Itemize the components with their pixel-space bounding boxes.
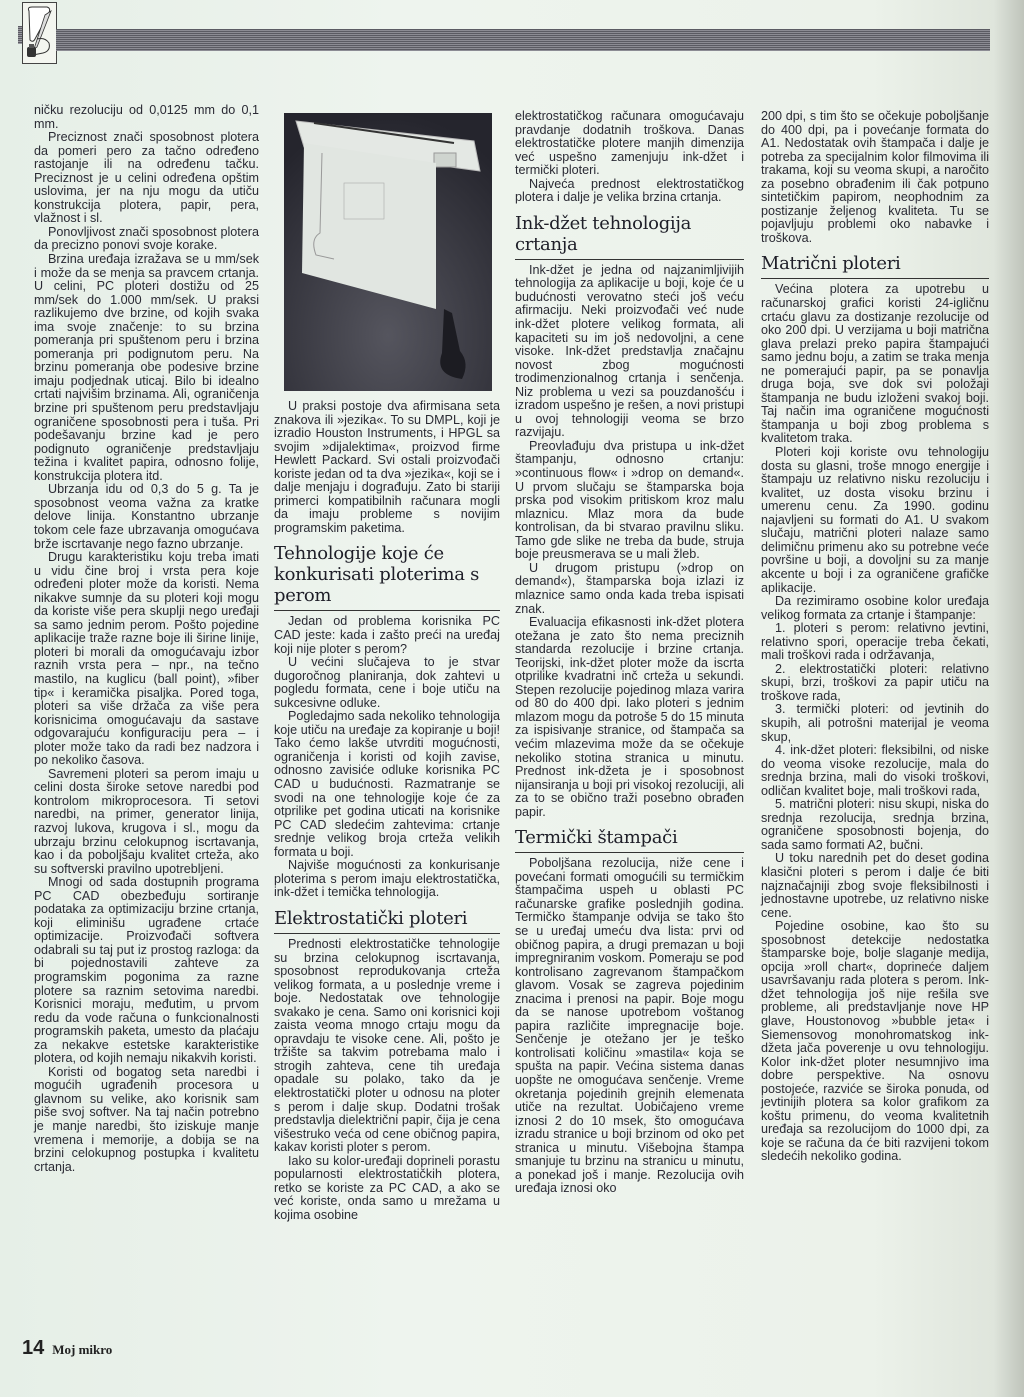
list-item: 2. elektrostatički ploteri: relativno sk… [761, 663, 989, 704]
paragraph: U većini slučajeva to je stvar dugoročno… [274, 656, 500, 710]
paragraph: Preciznost znači sposobnost plotera da p… [34, 131, 259, 226]
section-heading: Elektrostatički ploteri [274, 908, 500, 934]
list-item: 5. matrični ploteri: nisu skupi, niska d… [761, 798, 989, 852]
header-rule-bar [56, 29, 990, 51]
magazine-name: Moj mikro [52, 1342, 112, 1358]
paragraph: Jedan od problema korisnika PC CAD jeste… [274, 615, 500, 656]
paragraph: Mnogi od sada dostupnih programa PC CAD … [34, 876, 259, 1066]
section-heading: Matrični ploteri [761, 253, 989, 279]
paragraph: Poboljšana rezolucija, niže cene i poveć… [515, 857, 744, 1196]
photo-caption-paragraph: U praksi postoje dva afirmisana seta zna… [274, 400, 500, 535]
paragraph: Ponovljivost znači sposobnost plotera da… [34, 226, 259, 253]
paragraph: Koristi od bogatog seta naredbi i mogući… [34, 1066, 259, 1174]
paragraph: Savremeni ploteri sa perom imaju u celin… [34, 768, 259, 876]
magazine-page: ničku rezoluciju od 0,0125 mm do 0,1 mm.… [0, 0, 1024, 1397]
paragraph: Ubrzanja idu od 0,3 do 5 g. Ta je sposob… [34, 483, 259, 551]
scroll-quill-inkwell-icon [22, 2, 57, 64]
paragraph: Evaluacija efikasnosti ink-džet plotera … [515, 616, 744, 819]
list-item: 3. termički ploteri: od jevtinih do skup… [761, 703, 989, 744]
column-1: ničku rezoluciju od 0,0125 mm do 0,1 mm.… [34, 104, 259, 1174]
paragraph: Prednosti elektrostatičke tehnologije su… [274, 938, 500, 1155]
paragraph: Preovlađuju dva pristupa u ink-džet štam… [515, 440, 744, 562]
list-item: 4. ink-džet ploteri: fleksibilni, od nis… [761, 744, 989, 798]
paragraph: U drugom pristupu (»drop on demand«), št… [515, 562, 744, 616]
paragraph: U toku narednih pet do deset godina klas… [761, 852, 989, 920]
paragraph: elektrostatičkog računara omogućavaju pr… [515, 110, 744, 178]
paragraph: Da rezimiramo osobine kolor uređaja veli… [761, 595, 989, 622]
paragraph: Ink-džet je jedna od najzanimljivijih te… [515, 264, 744, 440]
list-item: 1. ploteri s perom: relativno jevtini, r… [761, 622, 989, 663]
paragraph: Većina plotera za upotrebu u računarskoj… [761, 283, 989, 446]
paragraph: Pogledajmo sada nekoliko tehnologija koj… [274, 710, 500, 859]
page-footer: 14 Moj mikro [22, 1337, 112, 1360]
paragraph: Drugu karakteristiku koju treba imati u … [34, 551, 259, 768]
section-heading: Termički štampači [515, 827, 744, 853]
section-heading: Tehnologije koje će konkurisati ploterim… [274, 543, 500, 611]
paragraph: Iako su kolor-uređaji doprineli porastu … [274, 1155, 500, 1223]
paragraph: Brzina uređaja izražava se u mm/sek i mo… [34, 253, 259, 483]
paragraph: Najviše mogućnosti za konkurisanje plote… [274, 859, 500, 900]
section-heading: Ink-džet tehnologija crtanja [515, 213, 744, 260]
column-3: elektrostatičkog računara omogućavaju pr… [515, 110, 744, 1196]
column-4: 200 dpi, s tim što se očekuje poboljšanj… [761, 110, 989, 1164]
page-number: 14 [22, 1337, 44, 1360]
paragraph: ničku rezoluciju od 0,0125 mm do 0,1 mm. [34, 104, 259, 131]
plotter-photo [284, 113, 492, 391]
paragraph: Najveća prednost elektrostatičkog ploter… [515, 178, 744, 205]
paragraph: 200 dpi, s tim što se očekuje poboljšanj… [761, 110, 989, 245]
column-2: U praksi postoje dva afirmisana seta zna… [274, 400, 500, 1222]
paragraph: Ploteri koji koriste ovu tehnologiju dos… [761, 446, 989, 595]
paragraph: Pojedine osobine, kao što su sposobnost … [761, 920, 989, 1164]
